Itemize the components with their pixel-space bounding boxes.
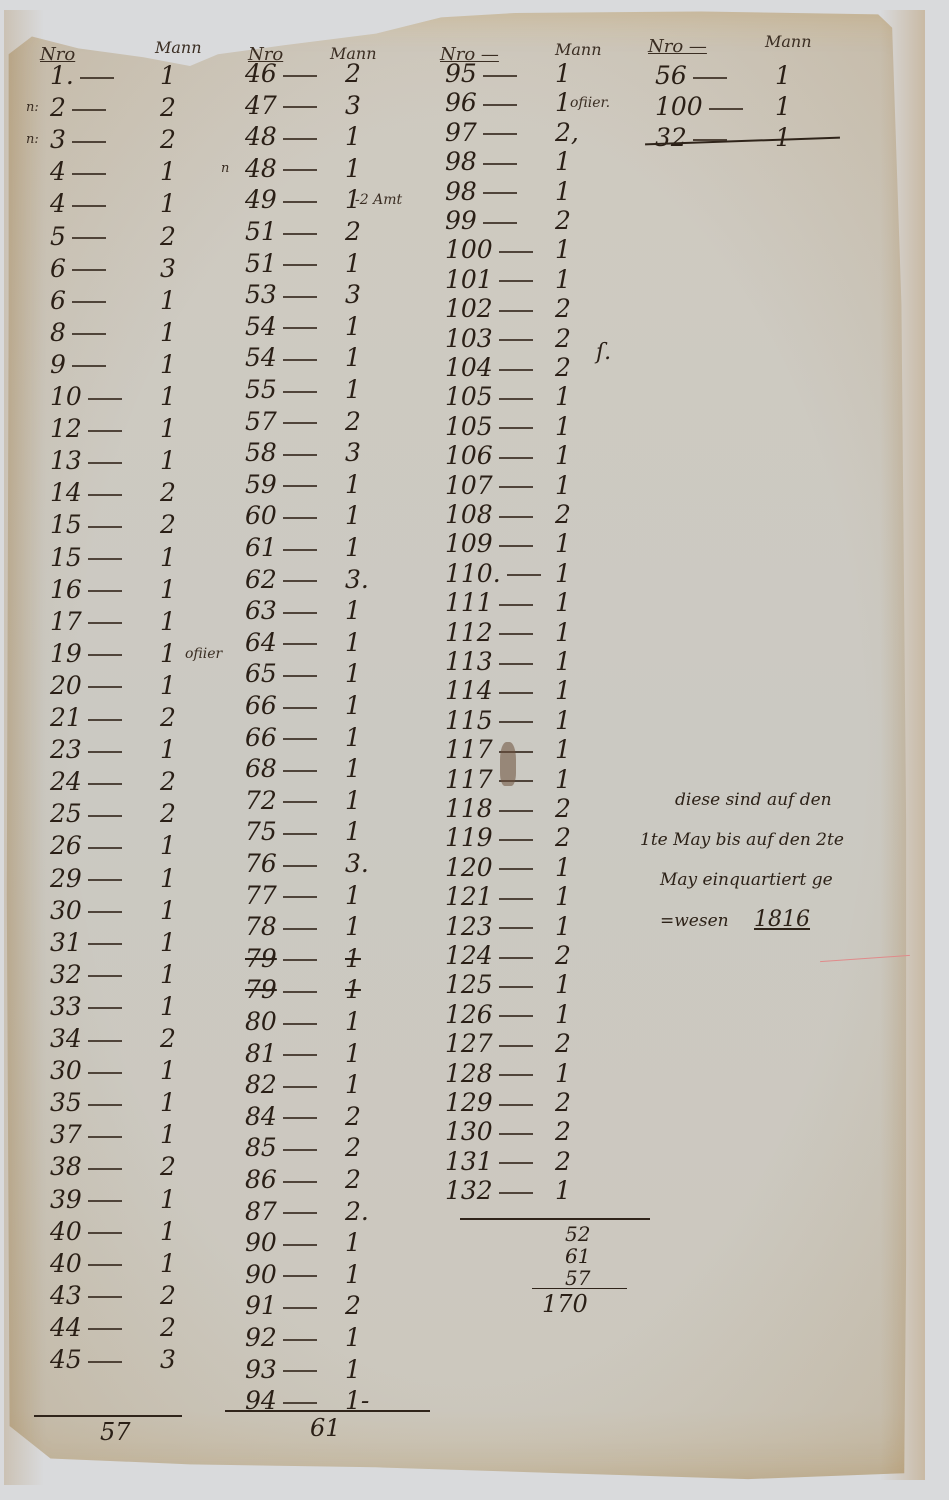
row-number: 78 — [245, 911, 277, 943]
ledger-row: 1281 — [445, 1058, 539, 1090]
ledger-row: 972, — [445, 117, 523, 149]
ledger-row: 41 — [50, 156, 112, 188]
ledger-row: 1242 — [445, 940, 539, 972]
row-mann-count: 1 — [345, 311, 361, 343]
row-dash — [499, 427, 533, 429]
row-mann-count: 2 — [345, 216, 361, 248]
row-number: 33 — [50, 991, 82, 1023]
margin-mark: ſ. — [596, 340, 611, 365]
row-number: 98 — [445, 176, 477, 208]
row-mann-count: 1 — [555, 705, 571, 737]
ledger-row: 321 — [655, 122, 733, 154]
row-mann-count: 1 — [555, 969, 571, 1001]
row-dash — [283, 264, 317, 266]
row-mann-count: 2 — [555, 1028, 571, 1060]
row-mann-count: 1 — [345, 1006, 361, 1038]
row-dash — [499, 839, 533, 841]
row-mann-count: 1 — [555, 58, 571, 90]
row-dash — [88, 1104, 122, 1106]
ledger-row: 481 — [245, 121, 323, 153]
row-dash — [499, 1074, 533, 1076]
ledger-row: 1192 — [445, 822, 539, 854]
row-mann-count: 2 — [555, 205, 571, 237]
ledger-row: 661 — [245, 722, 323, 754]
row-mann-count: 2 — [555, 1116, 571, 1148]
row-dash — [283, 454, 317, 456]
row-mann-count: 1 — [160, 606, 176, 638]
row-note: ofiier. — [570, 87, 610, 119]
row-dash — [283, 770, 317, 772]
row-dash — [88, 398, 122, 400]
ledger-row: 1171 — [445, 734, 539, 766]
row-mann-count: 3. — [345, 848, 369, 880]
row-number: 130 — [445, 1116, 493, 1148]
row-mann-count: 3 — [160, 1344, 176, 1376]
row-number: 56 — [655, 60, 687, 92]
ledger-row: 1001 — [655, 91, 749, 123]
ink-blot — [500, 742, 516, 786]
row-mann-count: 1 — [160, 381, 176, 413]
row-number: 79 — [245, 943, 277, 975]
ledger-row: 551 — [245, 374, 323, 406]
row-mann-count: 1 — [160, 830, 176, 862]
row-dash — [283, 75, 317, 77]
row-mann-count: 1 — [555, 440, 571, 472]
row-number: 125 — [445, 969, 493, 1001]
row-mann-count: 3 — [345, 90, 361, 122]
row-number: 104 — [445, 352, 493, 384]
row-number: 34 — [50, 1023, 82, 1055]
row-mann-count: 3 — [160, 253, 176, 285]
row-number: 32 — [655, 122, 687, 154]
row-dash — [499, 604, 533, 606]
row-dash — [507, 574, 541, 576]
row-mann-count: 1 — [345, 342, 361, 374]
ledger-row: 981 — [445, 146, 523, 178]
row-dash — [499, 692, 533, 694]
row-number: 84 — [245, 1101, 277, 1133]
row-number: 106 — [445, 440, 493, 472]
row-mann-count: 1 — [775, 60, 791, 92]
row-number: 45 — [50, 1344, 82, 1376]
row-dash — [499, 721, 533, 723]
row-dash — [499, 1015, 533, 1017]
row-dash — [283, 296, 317, 298]
ledger-row: 1082 — [445, 499, 539, 531]
ledger-row: 491-2 Amt — [245, 184, 323, 216]
row-dash — [693, 77, 727, 79]
row-number: 8 — [50, 317, 66, 349]
row-dash — [283, 1244, 317, 1246]
ledger-row: n481 — [245, 153, 323, 185]
row-number: 115 — [445, 705, 493, 737]
ledger-row: n:22 — [50, 92, 112, 124]
ledger-row: n:32 — [50, 124, 112, 156]
row-dash — [283, 707, 317, 709]
row-mann-count: 1 — [160, 413, 176, 445]
row-dash — [499, 1104, 533, 1106]
ledger-row: 601 — [245, 500, 323, 532]
row-dash — [72, 237, 106, 239]
ledger-row: 171 — [50, 606, 128, 638]
row-number: 6 — [50, 253, 66, 285]
row-number: 66 — [245, 690, 277, 722]
sum-line-1: 52 — [565, 1222, 590, 1246]
ledger-row: 1141 — [445, 675, 539, 707]
row-mann-count: 1 — [555, 675, 571, 707]
ledger-row: 1042 — [445, 352, 539, 384]
row-mann-count: 1 — [555, 587, 571, 619]
row-mann-count: 1 — [345, 816, 361, 848]
row-dash — [499, 280, 533, 282]
row-number: 4 — [50, 156, 66, 188]
row-dash — [283, 643, 317, 645]
ledger-row: 533 — [245, 279, 323, 311]
ledger-row: 541 — [245, 311, 323, 343]
ledger-row: 1111 — [445, 587, 539, 619]
row-mann-count: 1 — [555, 646, 571, 678]
row-number: 72 — [245, 785, 277, 817]
row-number: 132 — [445, 1175, 493, 1207]
col1-total-rule — [34, 1415, 182, 1417]
ledger-row: 252 — [50, 798, 128, 830]
row-dash — [88, 494, 122, 496]
ledger-row: 1.1 — [50, 60, 120, 92]
row-dash — [483, 133, 517, 135]
row-mann-count: 1 — [555, 911, 571, 943]
row-number: 62 — [245, 564, 277, 596]
ledger-row: 1032 — [445, 323, 539, 355]
row-number: 80 — [245, 1006, 277, 1038]
ledger-row: 301 — [50, 1055, 128, 1087]
row-mann-count: 2 — [160, 1151, 176, 1183]
row-dash — [88, 1200, 122, 1202]
row-number: 64 — [245, 627, 277, 659]
row-mann-count: 1 — [160, 670, 176, 702]
row-mann-count: 2 — [345, 1132, 361, 1164]
row-dash — [80, 77, 114, 79]
row-mann-count: 1 — [160, 1119, 176, 1151]
row-number: 51 — [245, 216, 277, 248]
ledger-row: 61 — [50, 285, 112, 317]
ledger-row: 401 — [50, 1216, 128, 1248]
row-mann-count: 1 — [555, 411, 571, 443]
row-mann-count: 1 — [555, 234, 571, 266]
row-mann-count: 2 — [555, 940, 571, 972]
ledger-row: 1321 — [445, 1175, 539, 1207]
row-mann-count: 1 — [555, 764, 571, 796]
row-number: 25 — [50, 798, 82, 830]
row-dash — [283, 549, 317, 551]
row-number: 129 — [445, 1087, 493, 1119]
row-number: 114 — [445, 675, 493, 707]
ledger-row: 631 — [245, 595, 323, 627]
row-mann-count: 1 — [555, 617, 571, 649]
row-mann-count: 2 — [345, 1101, 361, 1133]
row-number: 91 — [245, 1290, 277, 1322]
row-mann-count: 1 — [555, 381, 571, 413]
row-number: 121 — [445, 881, 493, 913]
ledger-row: 821 — [245, 1069, 323, 1101]
row-dash — [499, 369, 533, 371]
row-dash — [283, 896, 317, 898]
ledger-row: 242 — [50, 766, 128, 798]
row-dash — [499, 986, 533, 988]
row-dash — [72, 173, 106, 175]
ledger-row: 81 — [50, 317, 112, 349]
row-number: 123 — [445, 911, 493, 943]
row-mann-count: 2 — [555, 822, 571, 854]
row-dash — [499, 251, 533, 253]
row-number: 20 — [50, 670, 82, 702]
ledger-row: 511 — [245, 248, 323, 280]
row-number: 109 — [445, 528, 493, 560]
row-dash — [88, 751, 122, 753]
remark-line-2: 1te May bis auf den 2te — [640, 820, 910, 860]
row-number: 3 — [50, 124, 66, 156]
ledger-row: 763. — [245, 848, 323, 880]
ledger-row: 992 — [445, 205, 523, 237]
ledger-row: 91 — [50, 349, 112, 381]
row-mann-count: 1 — [160, 1216, 176, 1248]
row-number: 98 — [445, 146, 477, 178]
ledger-row: 331 — [50, 991, 128, 1023]
row-mann-count: 1 — [345, 1227, 361, 1259]
row-number: 46 — [245, 58, 277, 90]
ledger-row: 1292 — [445, 1087, 539, 1119]
row-mann-count: 1 — [345, 785, 361, 817]
row-dash — [283, 738, 317, 740]
row-number: 117 — [445, 764, 493, 796]
row-number: 19 — [50, 638, 82, 670]
row-number: 26 — [50, 830, 82, 862]
row-number: 55 — [245, 374, 277, 406]
row-dash — [499, 898, 533, 900]
ledger-row: 951 — [445, 58, 523, 90]
ledger-row: 52 — [50, 221, 112, 253]
row-dash — [88, 911, 122, 913]
row-mann-count: 2 — [555, 323, 571, 355]
sum-line-3: 57 — [565, 1266, 590, 1290]
row-dash — [283, 106, 317, 108]
row-mann-count: 1 — [345, 1354, 361, 1386]
row-number: 15 — [50, 509, 82, 541]
row-number: 44 — [50, 1312, 82, 1344]
row-dash — [499, 486, 533, 488]
row-mann-count: 1 — [160, 734, 176, 766]
row-mann-count: 1 — [555, 1175, 571, 1207]
row-mann-count: 2 — [345, 406, 361, 438]
row-number: 10 — [50, 381, 82, 413]
row-dash — [283, 1307, 317, 1309]
row-dash — [88, 1168, 122, 1170]
row-number: 31 — [50, 927, 82, 959]
row-mann-count: 2 — [160, 798, 176, 830]
remark-year: 1816 — [754, 907, 810, 932]
row-number: 2 — [50, 92, 66, 124]
row-mann-count: 1 — [345, 1038, 361, 1070]
row-number: 105 — [445, 381, 493, 413]
row-number: 81 — [245, 1038, 277, 1070]
ledger-row: 442 — [50, 1312, 128, 1344]
row-mann-count: 1 — [160, 638, 176, 670]
row-mann-count: 1 — [160, 1087, 176, 1119]
row-mann-count: 2 — [555, 1087, 571, 1119]
row-mann-count: 2 — [160, 92, 176, 124]
remark-line-3: May einquartiert ge — [640, 860, 910, 900]
row-dash — [88, 1232, 122, 1234]
row-mann-count: 1 — [345, 627, 361, 659]
row-mann-count: 1 — [345, 121, 361, 153]
ledger-row: 1011 — [445, 264, 539, 296]
row-mann-count: 2 — [555, 499, 571, 531]
row-mann-count: 1 — [555, 558, 571, 590]
ledger-row: 751 — [245, 816, 323, 848]
row-mann-count: 1 — [555, 87, 571, 119]
ledger-row: 791 — [245, 974, 323, 1006]
col2-total-rule — [225, 1410, 430, 1412]
row-dash — [283, 833, 317, 835]
row-number: 63 — [245, 595, 277, 627]
row-dash — [283, 1023, 317, 1025]
row-dash — [483, 222, 517, 224]
row-number: 32 — [50, 959, 82, 991]
row-dash — [283, 675, 317, 677]
row-dash — [88, 975, 122, 977]
ledger-row: 921 — [245, 1322, 323, 1354]
row-note: ofiier — [185, 638, 222, 670]
row-mann-count: 1 — [160, 542, 176, 574]
row-number: 66 — [245, 722, 277, 754]
ledger-row: 901 — [245, 1227, 323, 1259]
row-mann-count: 2 — [160, 1023, 176, 1055]
row-number: 51 — [245, 248, 277, 280]
ledger-row: 131 — [50, 445, 128, 477]
ledger-row: 961ofiier. — [445, 87, 523, 119]
row-number: 60 — [245, 500, 277, 532]
ledger-row: 852 — [245, 1132, 323, 1164]
row-dash — [283, 1370, 317, 1372]
row-mann-count: 1 — [345, 1322, 361, 1354]
row-dash — [88, 783, 122, 785]
row-dash — [72, 333, 106, 335]
row-dash — [283, 201, 317, 203]
row-mann-count: 2 — [345, 1290, 361, 1322]
row-mann-count: 1 — [345, 595, 361, 627]
ledger-row: 151 — [50, 542, 128, 574]
row-dash — [283, 327, 317, 329]
row-mann-count: 2 — [160, 221, 176, 253]
row-mann-count: 1 — [345, 943, 361, 975]
ledger-row: 1251 — [445, 969, 539, 1001]
row-dash — [499, 663, 533, 665]
row-mann-count: 1 — [160, 317, 176, 349]
ledger-row: 941- — [245, 1385, 323, 1417]
row-number: 131 — [445, 1146, 493, 1178]
row-mann-count: 1 — [160, 285, 176, 317]
ledger-row: 382 — [50, 1151, 128, 1183]
row-mann-count: 2 — [555, 793, 571, 825]
row-dash — [88, 879, 122, 881]
row-number: 99 — [445, 205, 477, 237]
row-number: 40 — [50, 1248, 82, 1280]
ledger-row: 101 — [50, 381, 128, 413]
grand-total: 170 — [542, 1290, 588, 1318]
row-note: -2 Amt — [355, 184, 402, 216]
row-dash — [88, 719, 122, 721]
ledger-row: 231 — [50, 734, 128, 766]
row-mann-count: 1 — [160, 60, 176, 92]
row-mann-count: 1 — [160, 349, 176, 381]
ledger-row: 912 — [245, 1290, 323, 1322]
row-dash — [499, 957, 533, 959]
row-dash — [283, 138, 317, 140]
row-number: 97 — [445, 117, 477, 149]
ledger-row: 981 — [445, 176, 523, 208]
row-number: 54 — [245, 342, 277, 374]
ledger-row: 462 — [245, 58, 323, 90]
ledger-row: 391 — [50, 1184, 128, 1216]
row-prefix: n: — [26, 124, 39, 156]
row-dash — [72, 205, 106, 207]
ledger-row: 110.1 — [445, 558, 547, 590]
row-number: 90 — [245, 1227, 277, 1259]
remark-line-1: diese sind auf den — [640, 780, 910, 820]
ledger-row: 301 — [50, 895, 128, 927]
row-dash — [499, 927, 533, 929]
row-mann-count: 1 — [160, 445, 176, 477]
row-mann-count: 1 — [345, 1069, 361, 1101]
row-dash — [499, 457, 533, 459]
row-dash — [283, 1339, 317, 1341]
row-mann-count: 3. — [345, 564, 369, 596]
row-number: 58 — [245, 437, 277, 469]
ledger-row: 41 — [50, 188, 112, 220]
row-mann-count: 1 — [345, 374, 361, 406]
col1-header-mann: Mann — [155, 38, 202, 57]
row-dash — [283, 1054, 317, 1056]
row-dash — [88, 1264, 122, 1266]
row-dash — [88, 1296, 122, 1298]
ledger-row: 401 — [50, 1248, 128, 1280]
row-number: 37 — [50, 1119, 82, 1151]
ledger-row: 681 — [245, 753, 323, 785]
row-dash — [499, 1133, 533, 1135]
row-number: 53 — [245, 279, 277, 311]
row-dash — [88, 943, 122, 945]
row-number: 92 — [245, 1322, 277, 1354]
row-dash — [72, 109, 106, 111]
row-prefix: n: — [26, 92, 39, 124]
row-number: 43 — [50, 1280, 82, 1312]
row-number: 86 — [245, 1164, 277, 1196]
row-mann-count: 1 — [160, 991, 176, 1023]
ledger-row: 791 — [245, 943, 323, 975]
ledger-row: 651 — [245, 658, 323, 690]
row-mann-count: 2, — [555, 117, 579, 149]
ledger-row: 781 — [245, 911, 323, 943]
col1-total: 57 — [100, 1418, 131, 1446]
ledger-row: 212 — [50, 702, 128, 734]
row-dash — [88, 815, 122, 817]
row-dash — [72, 141, 106, 143]
ledger-row: 261 — [50, 830, 128, 862]
ledger-row: 321 — [50, 959, 128, 991]
row-number: 111 — [445, 587, 493, 619]
row-mann-count: 3 — [345, 437, 361, 469]
ledger-row: 561 — [655, 60, 733, 92]
ledger-row: 152 — [50, 509, 128, 541]
